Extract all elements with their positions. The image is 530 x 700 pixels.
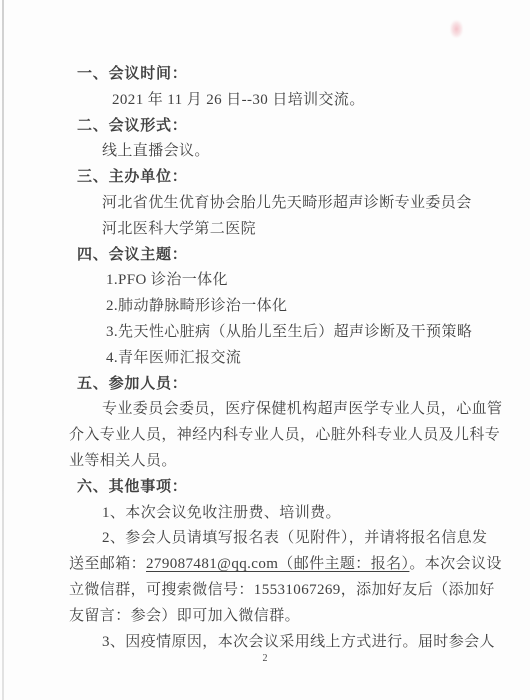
other-item-2-line-4: 友留言：参会）即可加入微信群。 — [69, 604, 509, 630]
scan-edge-line — [2, 0, 4, 700]
other-items-heading: 六、其他事项： — [77, 475, 509, 501]
pink-ink-speck — [450, 20, 463, 38]
topic-3: 3.先天性心脏病（从胎儿至生后）超声诊断及干预策略 — [106, 320, 509, 346]
participants-heading: 五、参加人员： — [77, 372, 509, 398]
other-item-2-line-2: 送至邮箱：279087481@qq.com（邮件主题：报名）。本次会议设 — [69, 552, 509, 578]
email-line-suffix: 。本次会议设 — [409, 556, 501, 572]
participants-line-3: 业等相关人员。 — [69, 449, 509, 475]
page-number: 2 — [0, 653, 530, 664]
document-body: 一、会议时间： 2021 年 11 月 26 日--30 日培训交流。 二、会议… — [69, 62, 509, 655]
other-item-3: 3、因疫情原因，本次会议采用线上方式进行。届时参会人 — [102, 630, 509, 656]
meeting-time-heading: 一、会议时间： — [77, 62, 509, 88]
topic-4: 4.青年医师汇报交流 — [106, 346, 509, 372]
organizer-2: 河北医科大学第二医院 — [102, 217, 509, 243]
scanned-document-page: 一、会议时间： 2021 年 11 月 26 日--30 日培训交流。 二、会议… — [0, 0, 530, 700]
other-item-2-line-1: 2、参会人员请填写报名表（见附件），并请将报名信息发 — [102, 526, 509, 552]
meeting-format-body: 线上直播会议。 — [102, 139, 509, 165]
participants-line-2: 介入专业人员，神经内科专业人员，心脏外科专业人员及儿科专 — [69, 423, 509, 449]
participants-line-1: 专业委员会委员，医疗保健机构超声医学专业人员，心血管 — [102, 397, 509, 423]
topic-2: 2.肺动静脉畸形诊治一体化 — [106, 294, 509, 320]
other-item-1: 1、本次会议免收注册费、培训费。 — [102, 501, 509, 527]
topic-1: 1.PFO 诊治一体化 — [106, 268, 509, 294]
meeting-time-date: 2021 年 11 月 26 日--30 日培训交流。 — [112, 88, 509, 114]
email-line-prefix: 送至邮箱： — [69, 556, 146, 572]
organizers-heading: 三、主办单位： — [77, 165, 509, 191]
meeting-format-heading: 二、会议形式： — [77, 114, 509, 140]
other-item-2-line-3: 立微信群，可搜索微信号：15531067269，添加好友后（添加好 — [69, 578, 509, 604]
topics-heading: 四、会议主题： — [77, 243, 509, 269]
organizer-1: 河北省优生优育协会胎儿先天畸形超声诊断专业委员会 — [102, 191, 509, 217]
email-address: 279087481@qq.com（邮件主题：报名） — [146, 556, 409, 572]
